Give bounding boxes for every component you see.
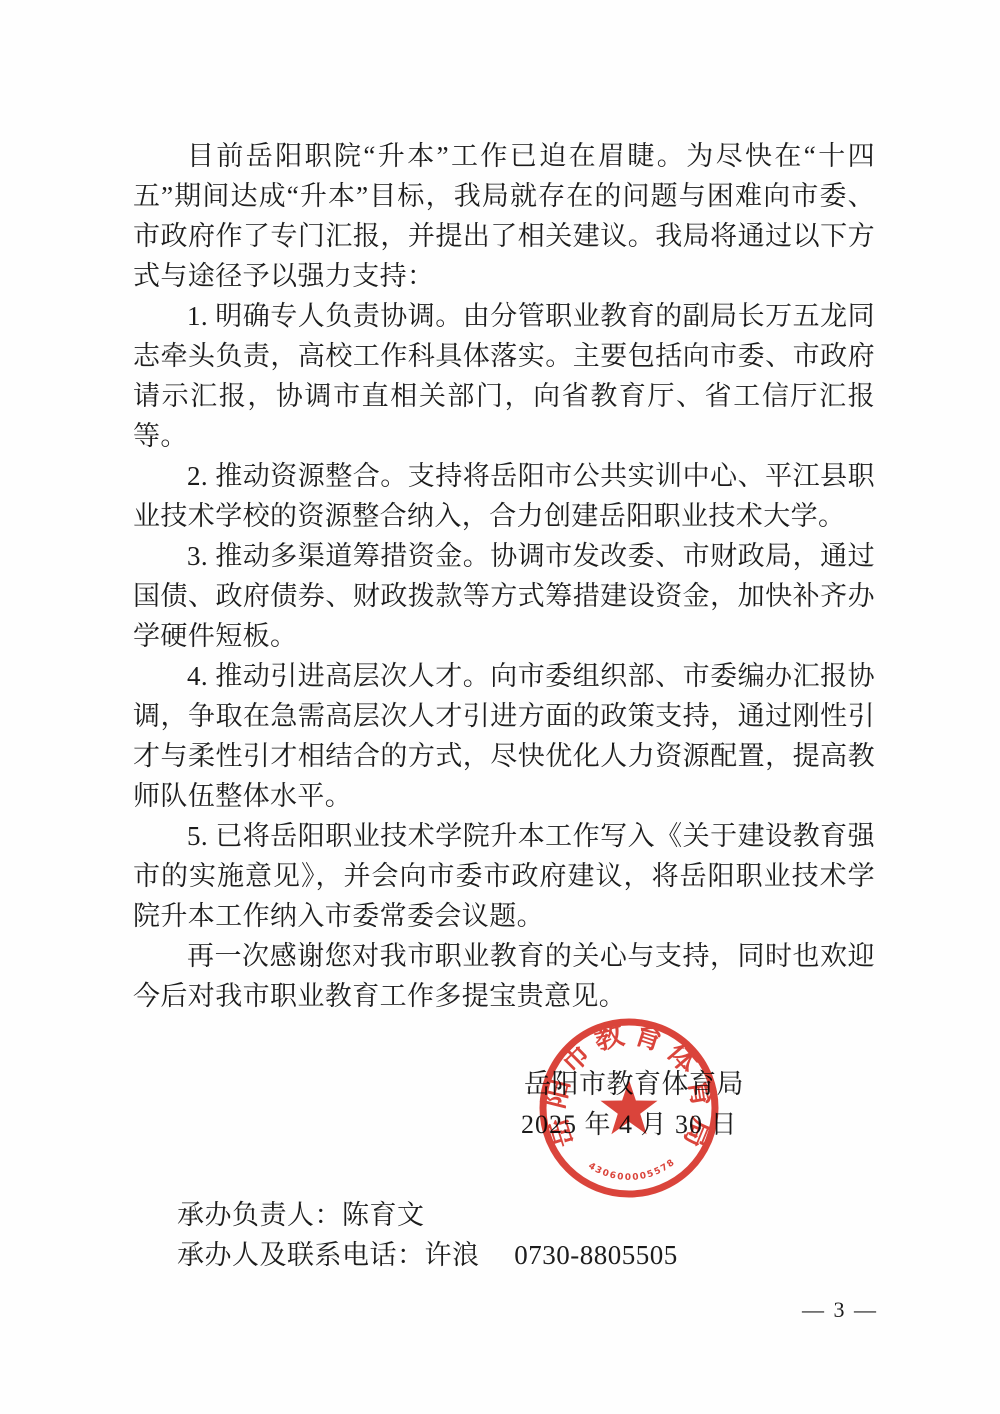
seal-star-icon <box>601 1080 658 1134</box>
body-paragraph: 再一次感谢您对我市职业教育的关心与支持，同时也欢迎今后对我市职业教育工作多提宝贵… <box>133 936 875 1016</box>
body-paragraph: 5. 已将岳阳职业技术学院升本工作写入《关于建设教育强市的实施意见》，并会向市委… <box>133 816 875 936</box>
document-body: 目前岳阳职院“升本”工作已迫在眉睫。为尽快在“十四五”期间达成“升本”目标，我局… <box>133 136 875 1016</box>
body-paragraph: 目前岳阳职院“升本”工作已迫在眉睫。为尽快在“十四五”期间达成“升本”目标，我局… <box>133 136 875 296</box>
contact-handler-line: 承办人及联系电话：许浪 0730-8805505 <box>177 1233 678 1272</box>
body-paragraph: 1. 明确专人负责协调。由分管职业教育的副局长万五龙同志牵头负责，高校工作科具体… <box>133 296 875 456</box>
official-seal: 岳阳市教育体育局 4306000055785 <box>534 1013 724 1203</box>
body-paragraph: 2. 推动资源整合。支持将岳阳市公共实训中心、平江县职业技术学校的资源整合纳入，… <box>133 456 875 536</box>
document-page: 目前岳阳职院“升本”工作已迫在眉睫。为尽快在“十四五”期间达成“升本”目标，我局… <box>0 0 1000 1414</box>
contact-manager-line: 承办负责人：陈育文 <box>177 1193 425 1232</box>
body-paragraph: 3. 推动多渠道筹措资金。协调市发改委、市财政局，通过国债、政府债券、财政拨款等… <box>133 536 875 656</box>
body-paragraph: 4. 推动引进高层次人才。向市委组织部、市委编办汇报协调，争取在急需高层次人才引… <box>133 656 875 816</box>
page-number: — 3 — <box>802 1297 878 1323</box>
